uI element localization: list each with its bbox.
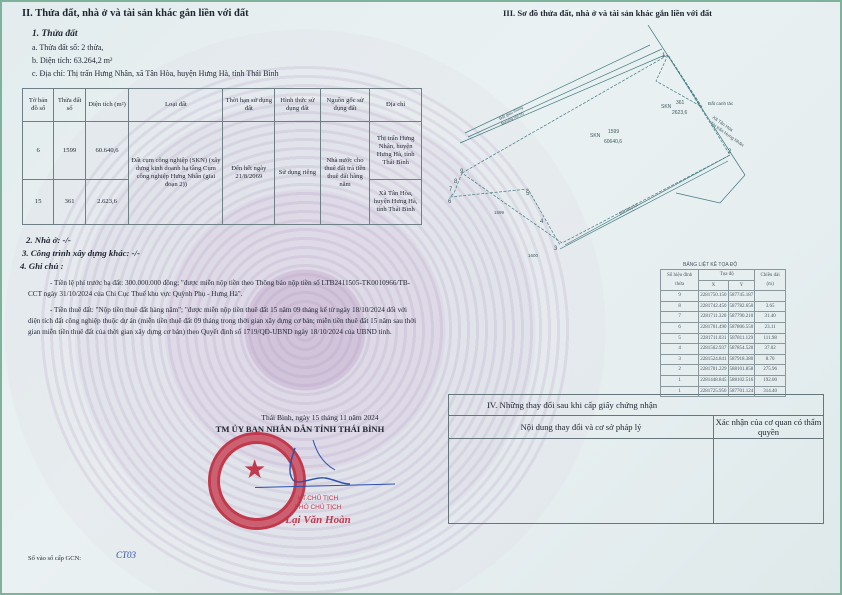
- col-length: Chiều dài (m): [755, 270, 786, 291]
- coord-cell-len: 111.98: [755, 333, 786, 344]
- coord-cell-x: 2281562.937: [699, 344, 728, 355]
- address: Thị trấn Hưng Nhân, huyện Hưng Hà, tỉnh …: [370, 122, 422, 180]
- table-row: 42281562.937587854.52037.02: [661, 344, 786, 355]
- coord-cell-pt: 3: [661, 354, 699, 365]
- area: 2.623,6: [85, 180, 129, 225]
- coord-cell-len: 23.11: [755, 322, 786, 333]
- house-line: 2. Nhà ở: -/-: [26, 235, 71, 245]
- table-row: 12281448.845588102.516192.00: [661, 375, 786, 386]
- col-map-sheet: Tờ bản đồ số: [23, 89, 54, 122]
- changes-content-header: Nội dung thay đổi và cơ sở pháp lý: [449, 416, 713, 439]
- col-term: Thời hạn sử dụng đất: [223, 89, 275, 122]
- coord-cell-pt: 6: [661, 322, 699, 333]
- coord-cell-y: 588102.516: [728, 375, 755, 386]
- coord-cell-y: 587854.520: [728, 344, 755, 355]
- changes-confirm-header: Xác nhận của cơ quan có thẩm quyền: [714, 416, 823, 439]
- coord-cell-pt: 9: [661, 291, 699, 302]
- coord-cell-pt: 7: [661, 312, 699, 323]
- outside-label: 1599: [494, 210, 505, 215]
- table-row: 62281701.490587806.55023.11: [661, 322, 786, 333]
- col-parcel-no: Thửa đất số: [54, 89, 85, 122]
- point-label: 3: [554, 246, 558, 252]
- changes-title: IV. Những thay đổi sau khi cấp giấy chứn…: [449, 395, 823, 416]
- main-parcel-area: 60640,6: [604, 139, 622, 145]
- small-parcel-number: 361: [676, 100, 685, 106]
- parcel-count: a. Thửa đất số: 2 thửa,: [32, 42, 103, 53]
- term: Đến hết ngày 21/8/2069: [223, 122, 275, 225]
- parcel-plan-diagram: 9 8 7 6 5 4 3 2 1 SKN 1599 60640,6 SKN 3…: [440, 25, 842, 265]
- outside-label: 1600: [528, 253, 539, 258]
- coord-cell-y: 587790.210: [728, 312, 755, 323]
- table-row: 32281524.841587918.3808.70: [661, 354, 786, 365]
- coord-cell-len: 275.96: [755, 365, 786, 376]
- table-row: 52281711.031587811.129111.98: [661, 333, 786, 344]
- point-label: 8: [454, 179, 458, 185]
- small-parcel-area: 2623,6: [672, 110, 688, 116]
- coord-cell-x: 2281524.841: [699, 354, 728, 365]
- sign-on-behalf: KT.CHỦ TỊCH: [268, 495, 368, 502]
- coord-cell-pt: 4: [661, 344, 699, 355]
- col-x: X: [699, 280, 728, 291]
- land-heading: 1. Thửa đất: [32, 29, 78, 39]
- coord-cell-y: 587782.650: [728, 301, 755, 312]
- coord-cell-x: 2281750.150: [699, 291, 728, 302]
- signer-name: Lại Văn Hoàn: [258, 514, 378, 526]
- coord-cell-len: 37.02: [755, 344, 786, 355]
- sign-authority: TM ỦY BAN NHÂN DÂN TỈNH THÁI BÌNH: [180, 424, 420, 434]
- parcel-no: 1599: [54, 122, 85, 180]
- registry-label: Số vào sổ cấp GCN:: [28, 553, 81, 564]
- sign-date: Thái Bình, ngày 15 tháng 11 năm 2024: [200, 412, 440, 423]
- point-label: 4: [540, 219, 544, 225]
- col-form: Hình thức sử dụng đất: [275, 89, 321, 122]
- coordinate-table: Số hiệu đỉnh thửa Tọa độ Chiều dài (m) X…: [660, 269, 786, 397]
- table-row: 6 1599 60.640,6 Đất cụm công nghiệp (SKN…: [23, 122, 422, 180]
- table-row: 92281750.150587745.187: [661, 291, 786, 302]
- coord-cell-pt: 8: [661, 301, 699, 312]
- changes-content-column: Nội dung thay đổi và cơ sở pháp lý: [449, 416, 714, 523]
- section-title-land: II. Thửa đất, nhà ở và tài sản khác gắn …: [22, 8, 249, 19]
- point-label: 7: [449, 187, 453, 193]
- coord-cell-x: 2281711.031: [699, 333, 728, 344]
- parcel-no: 361: [54, 180, 85, 225]
- area: 60.640,6: [85, 122, 129, 180]
- section-title-plan: III. Sơ đồ thửa đất, nhà ở và tài sản kh…: [503, 8, 712, 18]
- address: Xã Tân Hòa, huyện Hưng Hà, tỉnh Thái Bìn…: [370, 180, 422, 225]
- road-label: Đất thủy lợi: [618, 202, 638, 216]
- parcel-table-header: Tờ bản đồ số Thửa đất số Diện tích (m²) …: [23, 89, 422, 122]
- coord-cell-x: 2281701.229: [699, 365, 728, 376]
- sign-title: PHÓ CHỦ TỊCH: [268, 504, 368, 511]
- coord-table-title: BẢNG LIỆT KÊ TỌA ĐỘ: [683, 262, 737, 268]
- col-area: Diện tích (m²): [85, 89, 129, 122]
- note-land-rent: - Tiền thuê đất: "Nộp tiền thuê đất hàng…: [28, 305, 420, 338]
- coord-cell-len: 192.00: [755, 375, 786, 386]
- point-label: 6: [448, 199, 452, 205]
- table-row: 22281701.229588101.858275.96: [661, 365, 786, 376]
- col-vertex: Số hiệu đỉnh thửa: [661, 270, 699, 291]
- land-area: b. Diện tích: 63.264,2 m²: [32, 55, 112, 66]
- coord-cell-pt: 5: [661, 333, 699, 344]
- registry-value: CT03: [116, 550, 136, 560]
- coord-cell-x: 2281701.490: [699, 322, 728, 333]
- coord-cell-y: 588101.858: [728, 365, 755, 376]
- changes-confirm-column: Xác nhận của cơ quan có thẩm quyền: [714, 416, 823, 523]
- coord-cell-y: 587811.129: [728, 333, 755, 344]
- main-parcel-type: SKN: [590, 133, 601, 139]
- coord-cell-len: 8.70: [755, 354, 786, 365]
- table-row: 72281711.320587790.21031.40: [661, 312, 786, 323]
- land-type: Đất cụm công nghiệp (SKN) (xây dựng kinh…: [129, 122, 223, 225]
- parcel-table: Tờ bản đồ số Thửa đất số Diện tích (m²) …: [22, 88, 422, 225]
- coord-cell-y: 587918.380: [728, 354, 755, 365]
- col-y: Y: [728, 280, 755, 291]
- coord-cell-pt: 2: [661, 365, 699, 376]
- col-origin: Nguồn gốc sử dụng đất: [320, 89, 370, 122]
- coord-cell-y: 587745.187: [728, 291, 755, 302]
- col-land-type: Loại đất: [129, 89, 223, 122]
- small-parcel-type: SKN: [661, 104, 672, 110]
- land-address: c. Địa chỉ: Thị trấn Hưng Nhân, xã Tân H…: [32, 68, 279, 79]
- coord-cell-x: 2281742.450: [699, 301, 728, 312]
- other-works-line: 3. Công trình xây dựng khác: -/-: [22, 248, 140, 258]
- coord-cell-len: 31.40: [755, 312, 786, 323]
- coord-cell-len: [755, 291, 786, 302]
- notes-heading: 4. Ghi chú :: [20, 261, 64, 271]
- col-address: Địa chỉ: [370, 89, 422, 122]
- main-parcel-number: 1599: [608, 129, 619, 135]
- handwritten-signature: [255, 440, 405, 495]
- map-sheet: 15: [23, 180, 54, 225]
- coord-cell-y: 587806.550: [728, 322, 755, 333]
- map-sheet: 6: [23, 122, 54, 180]
- coord-cell-pt: 1: [661, 375, 699, 386]
- neighbor-label: Đất canh tác: [708, 101, 734, 106]
- coord-cell-len: 3.65: [755, 301, 786, 312]
- coord-cell-x: 2281711.320: [699, 312, 728, 323]
- point-label: 1: [662, 53, 666, 59]
- col-coordinates: Tọa độ: [699, 270, 755, 281]
- use-origin: Nhà nước cho thuê đất trả tiền thuê đất …: [320, 122, 370, 225]
- notes-block: - Tiền lệ phí trước bạ đất: 300.000.000 …: [28, 278, 420, 338]
- table-row: 82281742.450587782.6503.65: [661, 301, 786, 312]
- changes-section: IV. Những thay đổi sau khi cấp giấy chứn…: [448, 394, 824, 524]
- use-form: Sử dụng riêng: [275, 122, 321, 225]
- note-registration-fee: - Tiền lệ phí trước bạ đất: 300.000.000 …: [28, 278, 420, 300]
- coord-cell-x: 2281448.845: [699, 375, 728, 386]
